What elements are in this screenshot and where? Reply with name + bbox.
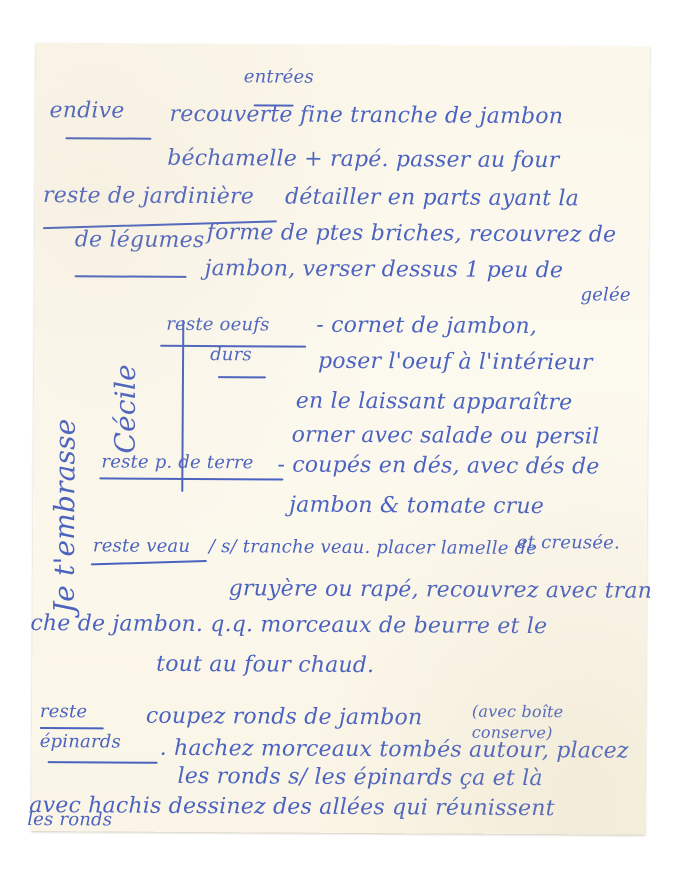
label-epinards-2: épinards bbox=[40, 733, 121, 751]
epinards-line-4: les ronds s/ les épinards ça et là bbox=[177, 766, 542, 790]
margin-closing-je-t-embrasse: Je t'embrasse bbox=[51, 418, 80, 613]
label-endive: endive bbox=[50, 100, 125, 122]
label-legumes-underline bbox=[75, 275, 187, 278]
jardiniere-line-2: forme de ptes briches, recouvrez de bbox=[207, 222, 617, 247]
heading-entrees: entrées bbox=[244, 68, 314, 86]
veau-line-1: / s/ tranche veau. placer lamelle de bbox=[209, 538, 537, 558]
epinards-line-3: . hachez morceaux tombés autour, placez bbox=[160, 738, 629, 763]
label-epinards-underline bbox=[48, 761, 158, 764]
veau-line-4: tout au four chaud. bbox=[156, 654, 374, 677]
oeufs-line-2: poser l'oeuf à l'intérieur bbox=[318, 351, 593, 375]
jardiniere-line-4: gelée bbox=[580, 286, 630, 304]
endive-line-1: recouverte fine tranche de jambon bbox=[169, 104, 563, 128]
pdt-line-1: - coupés en dés, avec dés de bbox=[277, 454, 599, 478]
label-jardiniere-2: de légumes bbox=[75, 229, 205, 252]
margin-signature-cecile: Cécile bbox=[111, 364, 140, 454]
oeufs-line-1: - cornet de jambon, bbox=[316, 315, 537, 338]
label-oeufs-2: durs bbox=[210, 346, 252, 364]
label-durs-underline bbox=[218, 376, 266, 378]
label-pdt-underline bbox=[99, 477, 283, 480]
jardiniere-line-1: détailler en parts ayant la bbox=[285, 187, 579, 211]
label-pdt: reste p. de terre bbox=[101, 453, 253, 472]
label-jardiniere-1: reste de jardinière bbox=[43, 185, 254, 208]
oeufs-line-4: orner avec salade ou persil bbox=[292, 425, 600, 449]
label-epinards-1: reste bbox=[40, 703, 87, 721]
endive-line-2: béchamelle + rapé. passer au four bbox=[167, 148, 559, 172]
veau-line-3: che de jambon. q.q. morceaux de beurre e… bbox=[30, 613, 547, 638]
handwritten-note-paper: entrées endive recouverte fine tranche d… bbox=[31, 43, 650, 835]
label-veau: reste veau bbox=[93, 537, 190, 556]
label-endive-underline bbox=[65, 137, 151, 140]
label-reste-underline bbox=[40, 727, 104, 729]
veau-line-2: gruyère ou rapé, recouvrez avec tran bbox=[229, 578, 653, 603]
epinards-line-6: les ronds bbox=[27, 811, 112, 830]
jardiniere-line-3: jambon, verser dessus 1 peu de bbox=[205, 258, 564, 282]
oeufs-line-3: en le laissant apparaître bbox=[296, 391, 573, 415]
label-veau-underline bbox=[91, 560, 207, 565]
pdt-line-2: jambon & tomate crue bbox=[289, 495, 544, 519]
epinards-line-1: coupez ronds de jambon bbox=[146, 706, 423, 730]
